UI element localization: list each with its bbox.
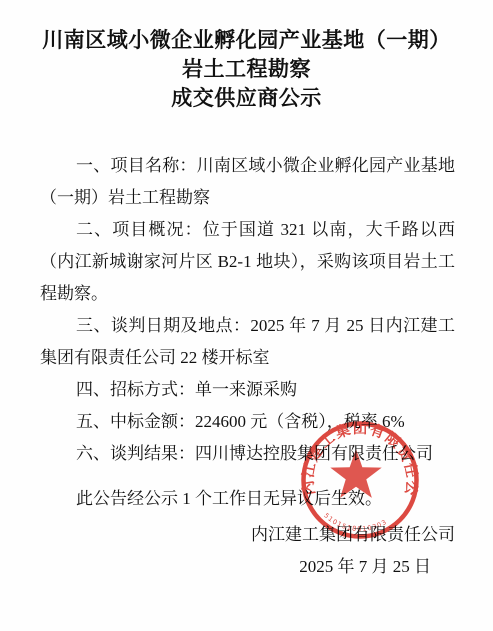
paragraph-bidding-method: 四、招标方式：单一来源采购 <box>40 374 455 406</box>
signature-company: 内江建工集团有限责任公司 <box>40 519 455 551</box>
paragraph-negotiation-date-place: 三、谈判日期及地点：2025 年 7 月 25 日内江建工集团有限责任公司 22… <box>40 310 455 374</box>
announcement-document: 川南区域小微企业孵化园产业基地（一期） 岩土工程勘察 成交供应商公示 一、项目名… <box>0 0 493 631</box>
paragraph-project-overview: 二、项目概况：位于国道 321 以南，大千路以西（内江新城谢家河片区 B2-1 … <box>40 214 455 310</box>
paragraph-negotiation-result: 六、谈判结果：四川博达控股集团有限责任公司 <box>40 438 455 470</box>
paragraph-award-amount: 五、中标金额：224600 元（含税），税率 6% <box>40 406 455 438</box>
title-line-survey: 岩土工程勘察 <box>0 55 493 84</box>
title-line-announcement: 成交供应商公示 <box>0 84 493 113</box>
signature-date: 2025 年 7 月 25 日 <box>40 551 431 583</box>
document-title: 川南区域小微企业孵化园产业基地（一期） 岩土工程勘察 成交供应商公示 <box>0 0 493 113</box>
title-line-project: 川南区域小微企业孵化园产业基地（一期） <box>0 26 493 55</box>
signature-block: 内江建工集团有限责任公司 2025 年 7 月 25 日 <box>40 519 455 583</box>
document-body: 一、项目名称：川南区域小微企业孵化园产业基地（一期）岩土工程勘察 二、项目概况：… <box>0 150 493 583</box>
paragraph-project-name: 一、项目名称：川南区域小微企业孵化园产业基地（一期）岩土工程勘察 <box>40 150 455 214</box>
effective-note: 此公告经公示 1 个工作日无异议后生效。 <box>40 483 455 515</box>
